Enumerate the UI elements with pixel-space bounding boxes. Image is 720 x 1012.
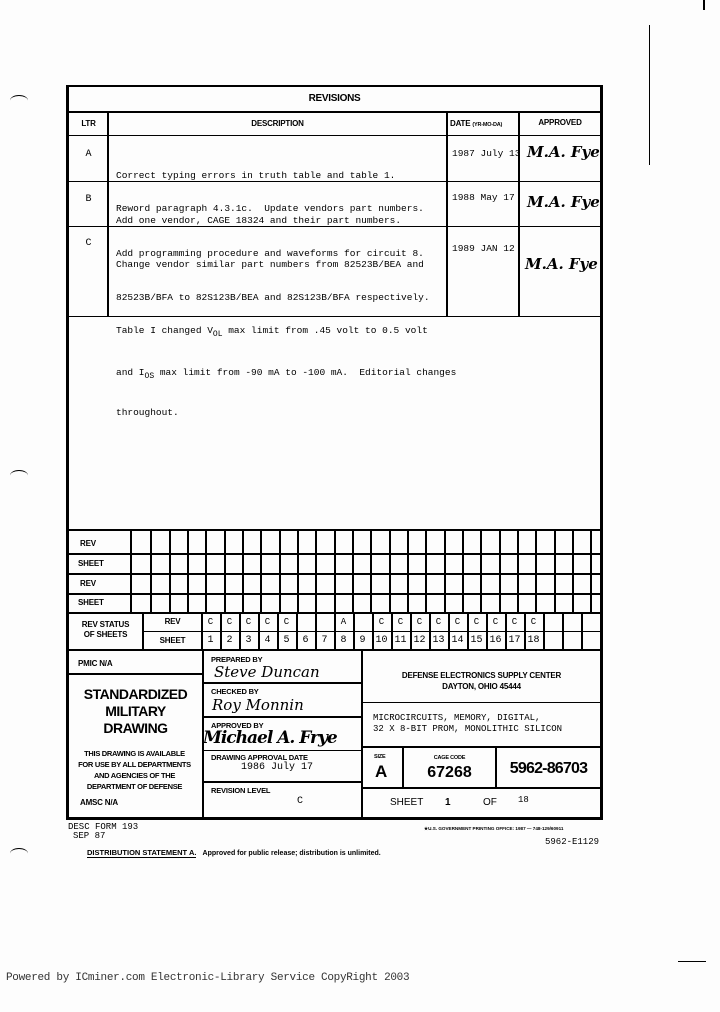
revision-date: 1988 May 17	[452, 192, 515, 203]
approval-signature: M.A. Fye	[525, 255, 598, 273]
status-rev-cell: C	[391, 617, 410, 627]
status-sheet-cell: 9	[353, 635, 372, 646]
drawing-number: 5962-86703	[497, 760, 600, 778]
column-header-ltr: LTR	[70, 119, 107, 128]
hole-punch-mark	[10, 470, 28, 481]
status-sheet-cell: 3	[239, 635, 258, 646]
status-sheet-cell: 2	[220, 635, 239, 646]
checked-by-signature: Roy Monnin	[212, 696, 304, 714]
revision-letter: B	[70, 194, 107, 205]
status-rev-cell: A	[334, 617, 353, 627]
agency-name: DEFENSE ELECTRONICS SUPPLY CENTER DAYTON…	[363, 670, 600, 692]
status-sheet-label: SHEET	[144, 636, 201, 645]
pmic-label: PMIC N/A	[78, 659, 112, 668]
sheet-row-label: SHEET	[78, 559, 104, 568]
sheet-total: 18	[518, 795, 529, 805]
hole-punch-mark	[10, 848, 28, 859]
form-number: DESC FORM 193 SEP 87	[68, 823, 138, 841]
status-rev-cell: C	[467, 617, 486, 627]
revision-date: 1987 July 13	[452, 148, 520, 159]
availability-note: THIS DRAWING IS AVAILABLE FOR USE BY ALL…	[67, 748, 202, 792]
status-rev-cell: C	[524, 617, 543, 627]
sheet-number: 1	[445, 797, 451, 808]
status-sheet-cell: 5	[277, 635, 296, 646]
status-rev-cell: C	[505, 617, 524, 627]
approval-signature: M.A. Fye	[527, 143, 600, 161]
status-sheet-cell: 18	[524, 635, 543, 646]
checked-by-label: CHECKED BY	[211, 687, 259, 696]
status-sheet-cell: 13	[429, 635, 448, 646]
status-rev-cell: C	[410, 617, 429, 627]
status-sheet-cell: 4	[258, 635, 277, 646]
status-sheet-cell: 7	[315, 635, 334, 646]
cage-code-label: CAGE CODE	[404, 755, 495, 761]
approved-by-signature: Michael A. Frye	[203, 728, 337, 748]
drawing-title: MICROCIRCUITS, MEMORY, DIGITAL, 32 X 8-B…	[373, 713, 562, 735]
status-sheet-cell: 14	[448, 635, 467, 646]
scan-edge-line	[678, 961, 706, 962]
column-header-description: DESCRIPTION	[109, 119, 446, 128]
approval-date-label: DRAWING APPROVAL DATE	[211, 753, 308, 762]
status-sheet-cell: 6	[296, 635, 315, 646]
approval-date: 1986 July 17	[241, 762, 313, 773]
hole-punch-mark	[10, 95, 28, 106]
revision-letter: A	[70, 149, 107, 160]
status-rev-cell: C	[258, 617, 277, 627]
revision-description: Change vendor similar part numbers from …	[116, 237, 456, 440]
of-label: OF	[483, 797, 497, 808]
status-rev-cell: C	[239, 617, 258, 627]
status-sheet-cell: 8	[334, 635, 353, 646]
rev-row-label: REV	[80, 579, 96, 588]
revision-level-label: REVISION LEVEL	[211, 786, 270, 795]
scan-edge-line	[649, 25, 650, 165]
status-rev-cell: C	[220, 617, 239, 627]
watermark: Powered by ICminer.com Electronic-Librar…	[6, 972, 409, 984]
rev-status-label: REV STATUS OF SHEETS	[69, 620, 142, 640]
prepared-by-signature: Steve Duncan	[214, 663, 320, 681]
cage-code: 67268	[404, 764, 495, 782]
column-header-approved: APPROVED	[520, 118, 600, 127]
status-sheet-cell: 11	[391, 635, 410, 646]
distribution-statement: DISTRIBUTION STATEMENT A. Approved for p…	[87, 848, 381, 857]
revision-level: C	[297, 796, 303, 807]
approval-signature: M.A. Fye	[527, 193, 600, 211]
amsc-label: AMSC N/A	[80, 798, 118, 807]
revision-date: 1989 JAN 12	[452, 243, 515, 254]
status-sheet-cell: 15	[467, 635, 486, 646]
status-sheet-cell: 12	[410, 635, 429, 646]
status-rev-cell: C	[201, 617, 220, 627]
sheet-row-label: SHEET	[78, 598, 104, 607]
document-code: 5962-E1129	[545, 837, 599, 847]
status-rev-cell: C	[448, 617, 467, 627]
status-rev-label: REV	[144, 617, 201, 626]
status-rev-cell: C	[372, 617, 391, 627]
status-rev-cell: C	[277, 617, 296, 627]
gpo-imprint: ★U.S. GOVERNMENT PRINTING OFFICE: 1987 —…	[424, 826, 563, 832]
sheet-label: SHEET	[390, 797, 423, 808]
scan-edge-line	[703, 0, 705, 10]
status-sheet-cell: 16	[486, 635, 505, 646]
status-sheet-cell: 17	[505, 635, 524, 646]
status-sheet-cell: 1	[201, 635, 220, 646]
drawing-heading: STANDARDIZED MILITARY DRAWING	[69, 686, 202, 737]
size-label: SIZE	[374, 754, 385, 760]
column-header-date: DATE (YR-MO-DA)	[450, 119, 518, 128]
size-value: A	[375, 762, 387, 782]
revision-letter: C	[70, 238, 107, 249]
rev-row-label: REV	[80, 539, 96, 548]
status-sheet-cell: 10	[372, 635, 391, 646]
revisions-title: REVISIONS	[66, 93, 603, 104]
status-rev-cell: C	[486, 617, 505, 627]
status-rev-cell: C	[429, 617, 448, 627]
